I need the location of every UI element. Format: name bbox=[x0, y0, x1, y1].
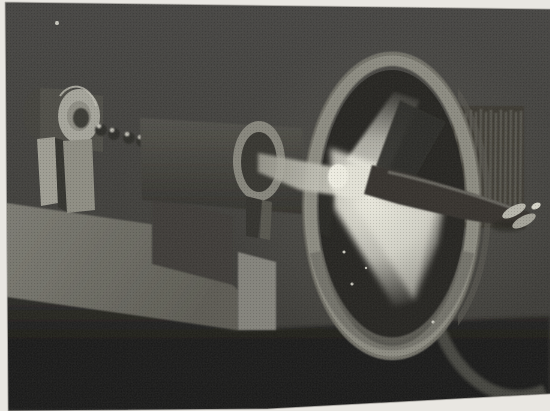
scanned-page bbox=[0, 0, 550, 411]
photo-figure bbox=[0, 0, 550, 411]
print-grain bbox=[0, 0, 550, 411]
photo-area bbox=[0, 0, 550, 411]
